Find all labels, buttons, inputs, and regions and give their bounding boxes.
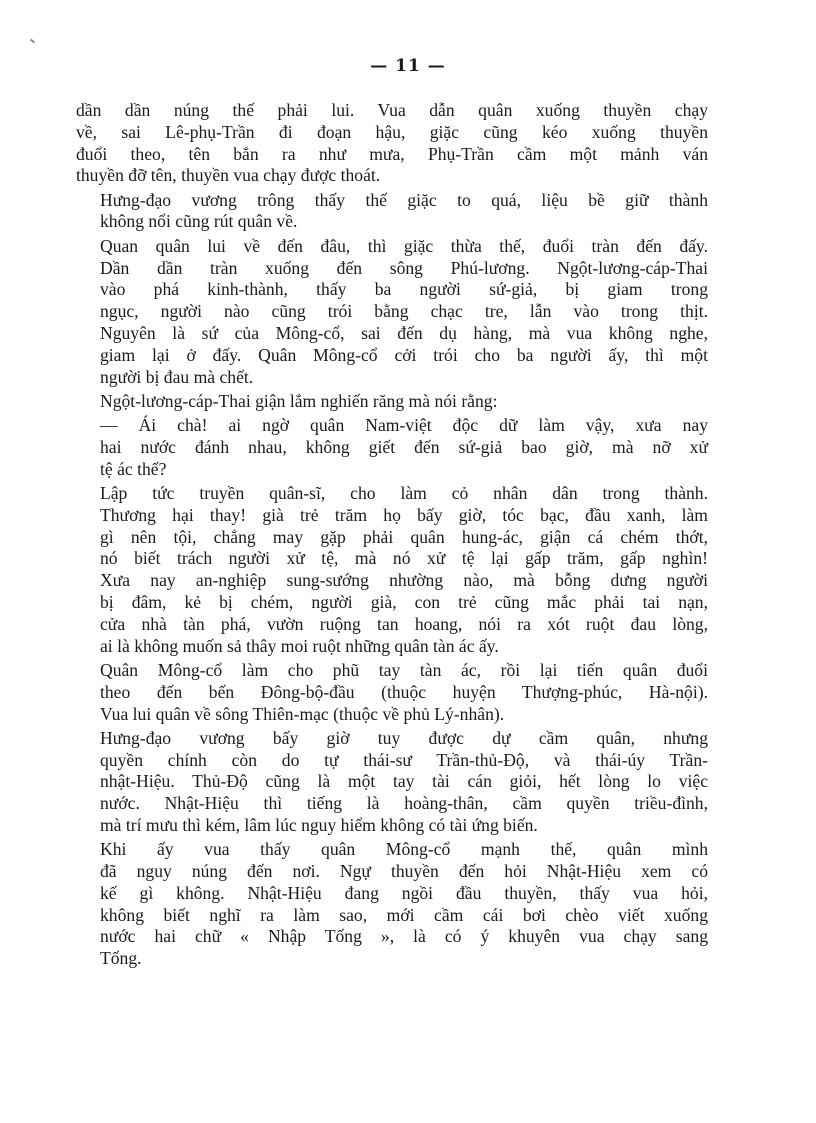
paragraph: Quân Mông-cổ làm cho phũ tay tàn ác, rồi… — [76, 660, 708, 725]
text-line: ngục, người nào cũng trói bằng chạc tre,… — [76, 301, 708, 323]
text-line: theo đến bến Đông-bộ-đầu (thuộc huyện Th… — [76, 682, 708, 704]
text-line: nó biết trách người xử tệ, mà nó xử tệ l… — [76, 548, 708, 570]
text-line: đuổi theo, tên bắn ra như mưa, Phụ-Trần … — [76, 144, 708, 166]
text-line: đã nguy núng đến nơi. Ngự thuyền đến hỏi… — [76, 861, 708, 883]
text-line: kế gì không. Nhật-Hiệu đang ngồi đầu thu… — [76, 883, 708, 905]
text-line: Thương hại thay! già trẻ trăm họ bấy giờ… — [76, 505, 708, 527]
text-line: nhật-Hiệu. Thủ-Độ cũng là một tay tài cá… — [76, 771, 708, 793]
paragraph: Khi ấy vua thấy quân Mông-cổ mạnh thế, q… — [76, 839, 708, 970]
text-line: không nổi cũng rút quân về. — [76, 211, 708, 233]
text-line: Ngột-lương-cáp-Thai giận lắm nghiến răng… — [76, 391, 708, 413]
text-line: Quân Mông-cổ làm cho phũ tay tàn ác, rồi… — [76, 660, 708, 682]
text-line: mà trí mưu thì kém, lâm lúc nguy hiểm kh… — [76, 815, 708, 837]
text-line: không biết nghĩ ra làm sao, mới cầm cái … — [76, 905, 708, 927]
text-line: nước hai chữ « Nhập Tống », là có ý khuy… — [76, 926, 708, 948]
text-line: cửa nhà tàn phá, vườn ruộng tan hoang, n… — [76, 614, 708, 636]
text-line: hai nước đánh nhau, không giết đến sứ-gi… — [76, 437, 708, 459]
text-line: giam lại ở đấy. Quân Mông-cổ cởi trói ch… — [76, 345, 708, 367]
text-line: Lập tức truyền quân-sĩ, cho làm cỏ nhân … — [76, 483, 708, 505]
text-line: dần dần núng thế phải lui. Vua dẫn quân … — [76, 100, 708, 122]
text-line: người bị đau mà chết. — [76, 367, 708, 389]
text-line: Khi ấy vua thấy quân Mông-cổ mạnh thế, q… — [76, 839, 708, 861]
text-line: tệ ác thế? — [76, 459, 708, 481]
paragraph: — Ái chà! ai ngờ quân Nam-việt độc dữ là… — [76, 415, 708, 480]
paragraph: Hưng-đạo vương bấy giờ tuy được dự cầm q… — [76, 728, 708, 837]
text-line: về, sai Lê-phụ-Trần đi đoạn hậu, giặc cũ… — [76, 122, 708, 144]
paragraph: Quan quân lui về đến đâu, thì giặc thừa … — [76, 236, 708, 389]
text-line: Vua lui quân về sông Thiên-mạc (thuộc về… — [76, 704, 708, 726]
text-line: Hưng-đạo vương bấy giờ tuy được dự cầm q… — [76, 728, 708, 750]
text-line: Dần dần tràn xuống đến sông Phú-lương. N… — [76, 258, 708, 280]
text-line: vào phá kinh-thành, thấy ba người sứ-giả… — [76, 279, 708, 301]
text-line: Hưng-đạo vương trông thấy thế giặc to qu… — [76, 190, 708, 212]
paragraph: Ngột-lương-cáp-Thai giận lắm nghiến răng… — [76, 391, 708, 413]
document-page: — 11 — dần dần núng thế phải lui. Vua dẫ… — [0, 0, 816, 1123]
text-line: — Ái chà! ai ngờ quân Nam-việt độc dữ là… — [76, 415, 708, 437]
text-line: Quan quân lui về đến đâu, thì giặc thừa … — [76, 236, 708, 258]
text-line: Nguyên là sứ của Mông-cổ, sai đến dụ hàn… — [76, 323, 708, 345]
text-line: ai là không muốn sả thây moi ruột những … — [76, 636, 708, 658]
scan-speck — [30, 39, 35, 44]
text-line: Tống. — [76, 948, 708, 970]
paragraph: dần dần núng thế phải lui. Vua dẫn quân … — [76, 100, 708, 187]
text-line: Xưa nay an-nghiệp sung-sướng nhường nào,… — [76, 570, 708, 592]
text-line: nước. Nhật-Hiệu thì tiếng là hoàng-thân,… — [76, 793, 708, 815]
text-line: quyền chính còn do tự thái-sư Trần-thủ-Đ… — [76, 750, 708, 772]
paragraph: Hưng-đạo vương trông thấy thế giặc to qu… — [76, 190, 708, 234]
paragraph: Lập tức truyền quân-sĩ, cho làm cỏ nhân … — [76, 483, 708, 657]
text-line: gì nên tội, chẳng may gặp phải quân hung… — [76, 527, 708, 549]
page-number: — 11 — — [0, 56, 816, 76]
text-line: thuyền đỡ tên, thuyền vua chạy được thoá… — [76, 165, 708, 187]
body-text: dần dần núng thế phải lui. Vua dẫn quân … — [76, 100, 708, 973]
text-line: bị đâm, kẻ bị chém, người già, con trẻ c… — [76, 592, 708, 614]
